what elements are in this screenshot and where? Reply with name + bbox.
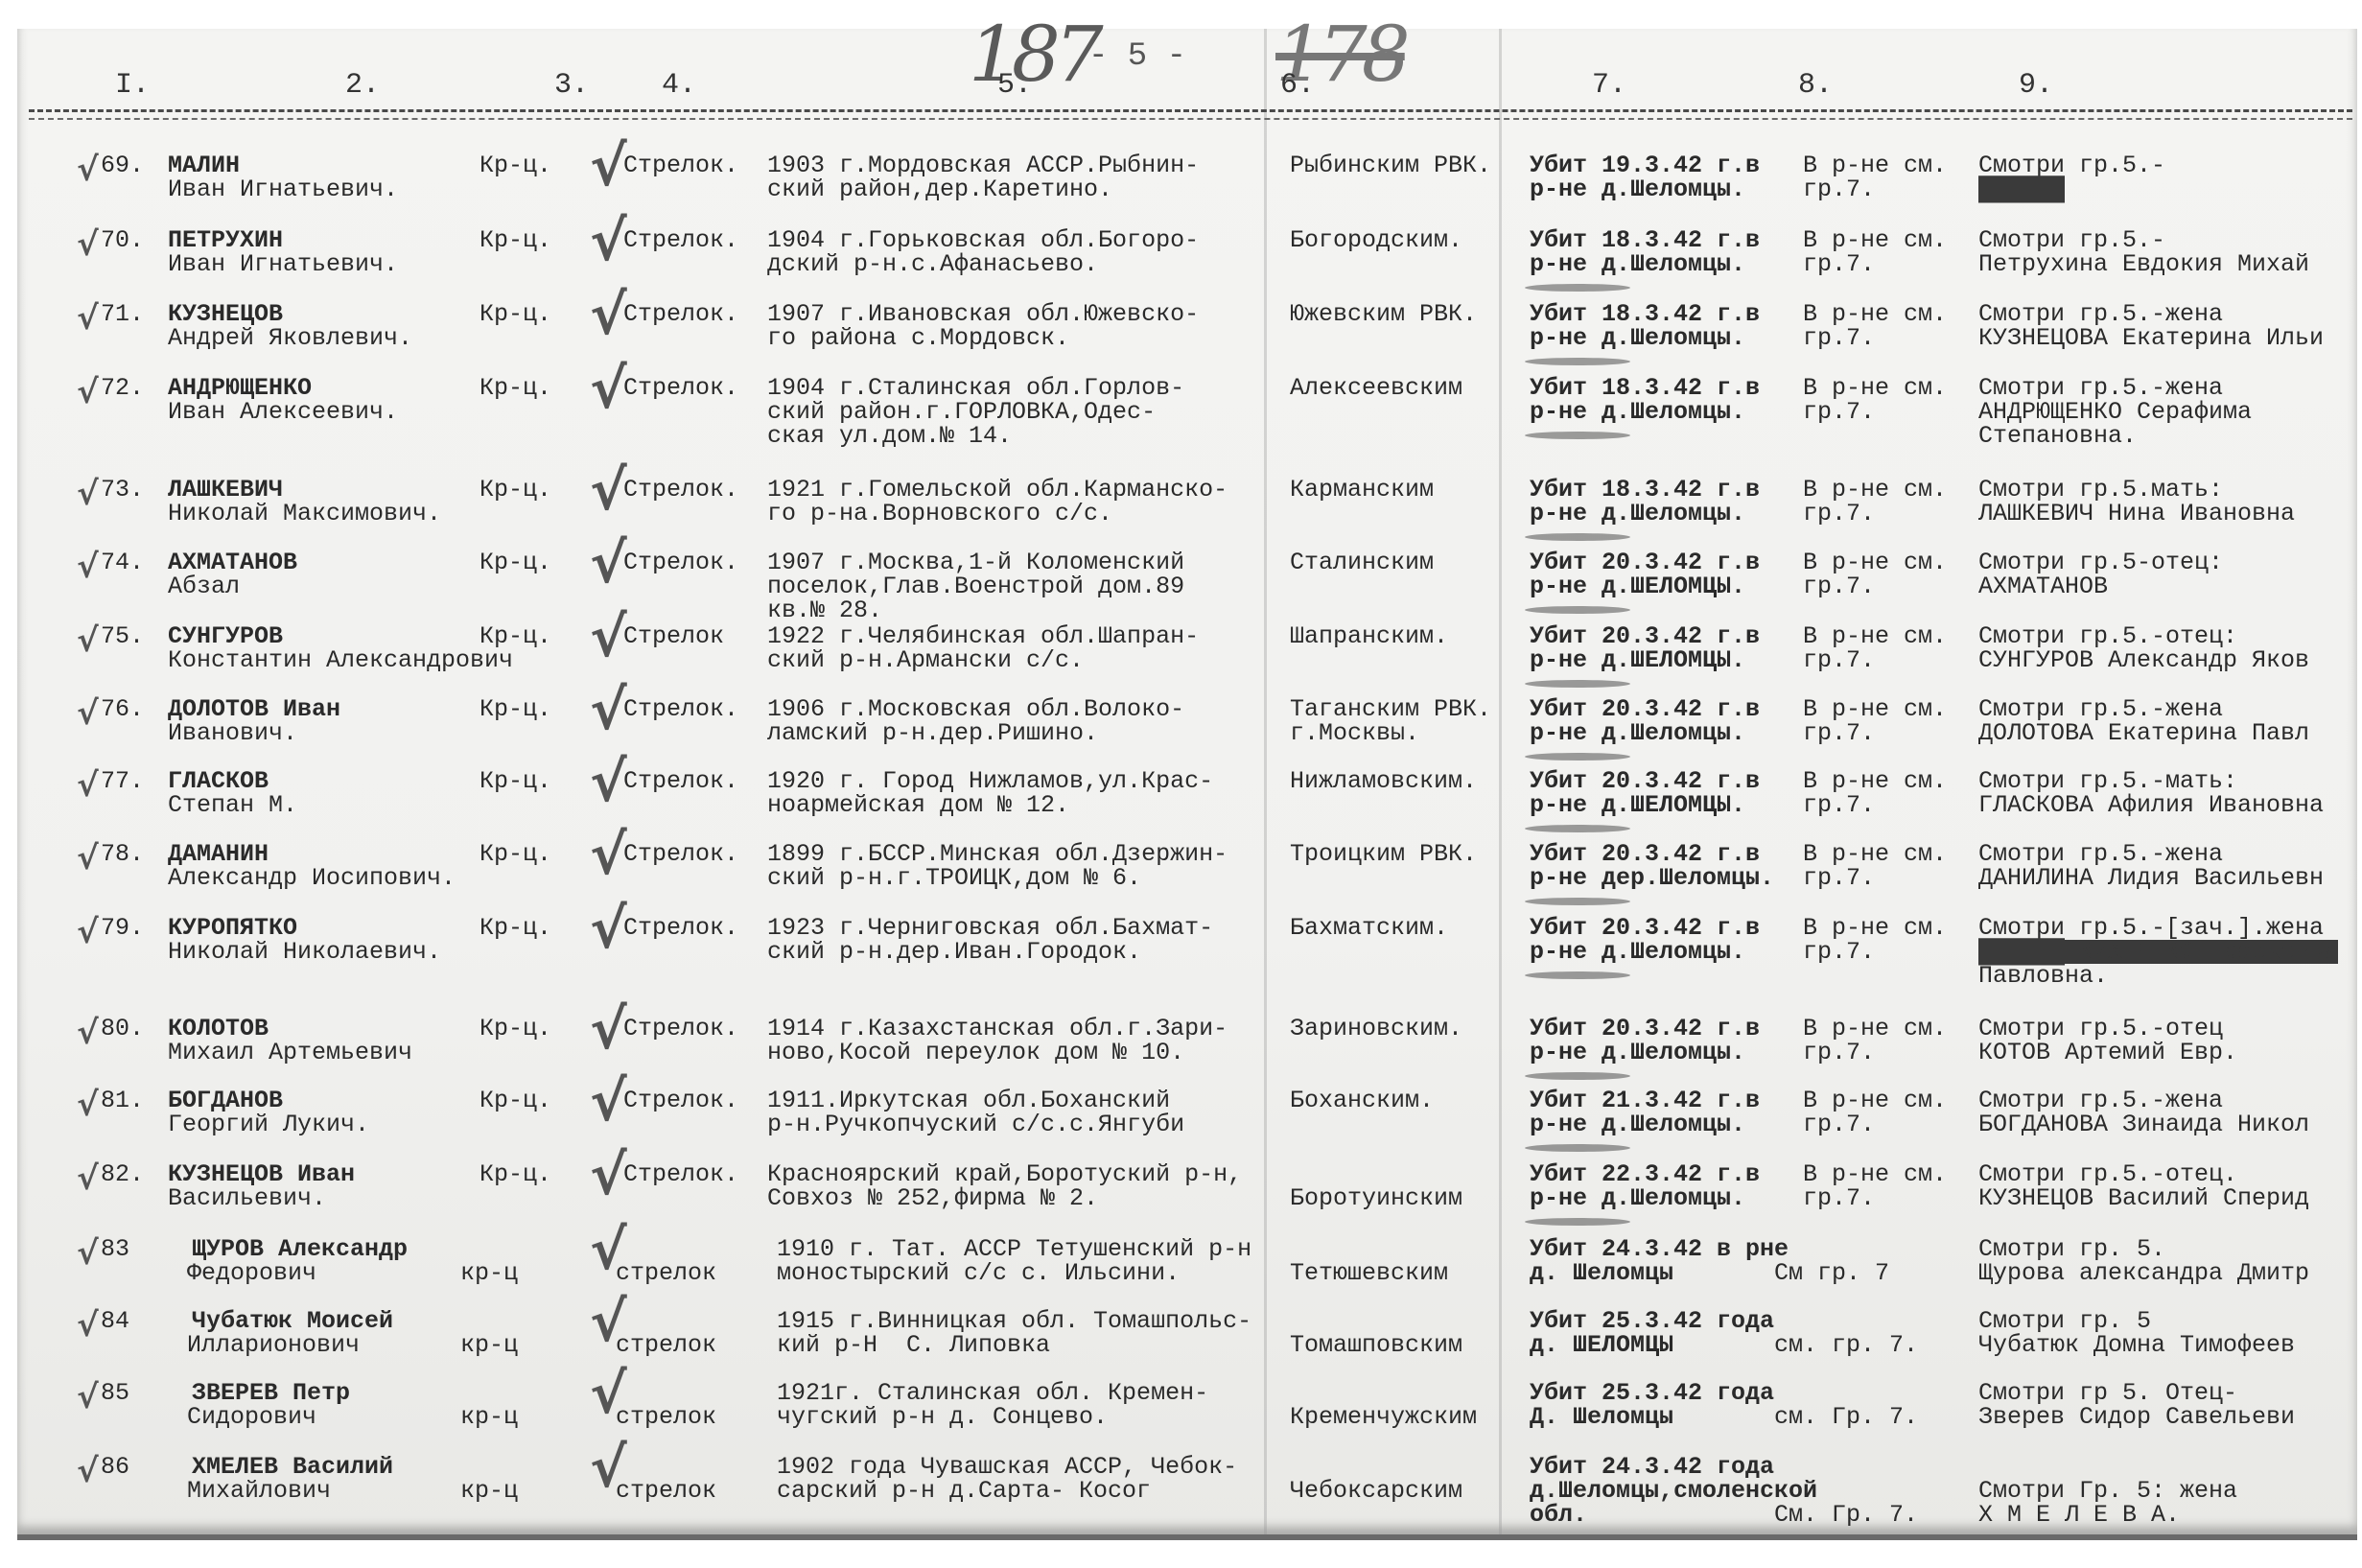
- birth-place: 1907 г.Ивановская обл.Южевско-: [767, 302, 1199, 326]
- draft-office: Бахматским.: [1290, 916, 1448, 940]
- birth-place: кв.№ 28.: [767, 598, 882, 622]
- checkmark-icon: √: [77, 228, 99, 261]
- checkmark-icon: √: [77, 1455, 99, 1487]
- draft-office: Кременчужским: [1290, 1405, 1477, 1429]
- checkmark-icon: √: [590, 213, 627, 269]
- checkmark-icon: √: [77, 697, 99, 730]
- relative-info: Смотри гр.5.-: [1978, 228, 2165, 252]
- fate: р-не д.Шеломцы.: [1530, 326, 1745, 350]
- birth-place: ский р-н.Армански с/с.: [767, 648, 1084, 672]
- rank: Кр-ц.: [479, 478, 551, 502]
- fate: р-не д.Шеломцы.: [1530, 400, 1745, 424]
- column-number-5: 5.: [997, 69, 1032, 102]
- row-number: 70.: [101, 228, 144, 252]
- relative-info: ██████: [1978, 177, 2065, 201]
- fate: р-не д.Шеломцы.: [1530, 502, 1745, 526]
- soldier-name: Федорович: [187, 1261, 316, 1285]
- rank: Кр-ц.: [479, 550, 551, 574]
- birth-place: сарский р-н д.Сарта- Косог: [777, 1479, 1151, 1503]
- row-number: 75.: [101, 624, 144, 648]
- row-number: 74.: [101, 550, 144, 574]
- birth-place: 1899 г.БССР.Минская обл.Дзержин-: [767, 842, 1228, 866]
- birth-place: ский р-н.г.ТРОИЦК,дом № 6.: [767, 866, 1141, 890]
- birth-place: го района с.Мордовск.: [767, 326, 1069, 350]
- row-number: 79.: [101, 916, 144, 940]
- relative-info: Смотри гр. 5.: [1978, 1237, 2165, 1261]
- relative-info: Щурова александра Дмитр: [1978, 1261, 2309, 1285]
- rank: кр-ц: [460, 1261, 518, 1285]
- burial-place: гр.7.: [1803, 1112, 1875, 1136]
- soldier-name: Георгий Лукич.: [168, 1112, 369, 1136]
- column-number-1: I.: [115, 69, 150, 102]
- birth-place: р-н.Ручкопчуский с/с.с.Янгуби: [767, 1112, 1184, 1136]
- burial-place: гр.7.: [1803, 866, 1875, 890]
- fate: р-не д.Шеломцы.: [1530, 1112, 1745, 1136]
- pencil-underline-mark: [1525, 1144, 1630, 1152]
- relative-info: Смотри гр.5.-[зач.].жена: [1978, 916, 2324, 940]
- fate: р-не д.ШЕЛОМЦЫ.: [1530, 574, 1745, 598]
- soldier-name: Николай Николаевич.: [168, 940, 441, 964]
- burial-place: гр.7.: [1803, 1041, 1875, 1065]
- column-number-6: 6.: [1280, 69, 1315, 102]
- row-number: 86: [101, 1455, 129, 1479]
- relative-info: Смотри гр.5.-жена: [1978, 842, 2223, 866]
- pencil-underline-mark: [1525, 533, 1630, 541]
- position: Стрелок.: [623, 550, 738, 574]
- handwritten-page-number: 187: [969, 10, 1098, 99]
- checkmark-icon: √: [77, 1237, 99, 1270]
- checkmark-icon: √: [77, 550, 99, 583]
- birth-place: 1904 г.Горьковская обл.Богоро-: [767, 228, 1199, 252]
- rank: Кр-ц.: [479, 228, 551, 252]
- rank: Кр-ц.: [479, 302, 551, 326]
- fate: д. ШЕЛОМЦЫ: [1530, 1333, 1673, 1357]
- header-rule: [29, 109, 2352, 120]
- checkmark-icon: √: [77, 478, 99, 510]
- soldier-name: Иванович.: [168, 721, 297, 745]
- birth-place: моностырский с/с с. Ильсини.: [777, 1261, 1180, 1285]
- draft-office: Зариновским.: [1290, 1017, 1462, 1041]
- checkmark-icon: √: [77, 1162, 99, 1195]
- soldier-surname: ЗВЕРЕВ Петр: [192, 1381, 350, 1405]
- burial-place: В р-не см.: [1803, 842, 1947, 866]
- soldier-surname: Чубатюк Моисей: [192, 1309, 393, 1333]
- position: Стрелок.: [623, 1088, 738, 1112]
- draft-office: Сталинским: [1290, 550, 1434, 574]
- column-number-4: 4.: [662, 69, 696, 102]
- row-number: 72.: [101, 376, 144, 400]
- position: Стрелок: [623, 624, 724, 648]
- fold-line: [1264, 29, 1267, 1534]
- column-number-2: 2.: [345, 69, 380, 102]
- draft-office: Южевским РВК.: [1290, 302, 1477, 326]
- birth-place: ский район,дер.Каретино.: [767, 177, 1112, 201]
- soldier-surname: ДАМАНИН: [168, 842, 269, 866]
- soldier-surname: ДОЛОТОВ Иван: [168, 697, 340, 721]
- position: Стрелок.: [623, 916, 738, 940]
- fate: р-не д.Шеломцы.: [1530, 252, 1745, 276]
- soldier-surname: ХМЕЛЕВ Василий: [192, 1455, 393, 1479]
- birth-place: ская ул.дом.№ 14.: [767, 424, 1012, 448]
- birth-place: ский р-н.дер.Иван.Городок.: [767, 940, 1141, 964]
- fate: Убит 20.3.42 г.в: [1530, 769, 1760, 793]
- fate: Убит 20.3.42 г.в: [1530, 842, 1760, 866]
- position: стрелок: [616, 1333, 716, 1357]
- soldier-surname: ЛАШКЕВИЧ: [168, 478, 283, 502]
- checkmark-icon: √: [590, 535, 627, 591]
- birth-place: 1921 г.Гомельской обл.Карманско-: [767, 478, 1228, 502]
- birth-place: поселок,Глав.Военстрой дом.89: [767, 574, 1184, 598]
- pencil-underline-mark: [1525, 753, 1630, 761]
- relative-info: ЛАШКЕВИЧ Нина Ивановна: [1978, 502, 2295, 526]
- fate: Убит 18.3.42 г.в: [1530, 376, 1760, 400]
- relative-info: БОГДАНОВА Зинаида Никол: [1978, 1112, 2309, 1136]
- birth-place: 1903 г.Мордовская АССР.Рыбнин-: [767, 153, 1199, 177]
- birth-place: ноармейская дом № 12.: [767, 793, 1069, 817]
- rank: кр-ц: [460, 1405, 518, 1429]
- soldier-name: Сидорович: [187, 1405, 316, 1429]
- relative-info: Степановна.: [1978, 424, 2137, 448]
- burial-place: В р-не см.: [1803, 376, 1947, 400]
- position: Стрелок.: [623, 376, 738, 400]
- rank: Кр-ц.: [479, 624, 551, 648]
- row-number: 73.: [101, 478, 144, 502]
- pencil-underline-mark: [1525, 825, 1630, 832]
- rank: Кр-ц.: [479, 769, 551, 793]
- rank: Кр-ц.: [479, 153, 551, 177]
- relative-info: Смотри гр.5.-отец:: [1978, 624, 2237, 648]
- burial-place: гр.7.: [1803, 326, 1875, 350]
- rank: Кр-ц.: [479, 1088, 551, 1112]
- birth-place: 1923 г.Черниговская обл.Бахмат-: [767, 916, 1213, 940]
- burial-place: гр.7.: [1803, 648, 1875, 672]
- fate: р-не дер.Шеломцы.: [1530, 866, 1774, 890]
- checkmark-icon: √: [77, 302, 99, 335]
- fate: р-не д.Шеломцы.: [1530, 1041, 1745, 1065]
- rank: Кр-ц.: [479, 1017, 551, 1041]
- soldier-name: Иван Алексеевич.: [168, 400, 398, 424]
- checkmark-icon: √: [590, 361, 627, 416]
- row-number: 84: [101, 1309, 129, 1333]
- fate: р-не д.ШЕЛОМЦЫ.: [1530, 793, 1745, 817]
- position: стрелок: [616, 1479, 716, 1503]
- relative-info: Смотри гр.5.-отец: [1978, 1017, 2223, 1041]
- page-marker: - 5 -: [1088, 38, 1186, 75]
- position: Стрелок.: [623, 1017, 738, 1041]
- soldier-surname: КУРОПЯТКО: [168, 916, 297, 940]
- birth-place: ский район.г.ГОРЛОВКА,Одес-: [767, 400, 1156, 424]
- fate: Д. Шеломцы: [1530, 1405, 1673, 1429]
- checkmark-icon: √: [77, 842, 99, 875]
- relative-info: Смотри гр.5.-мать:: [1978, 769, 2237, 793]
- burial-place: гр.7.: [1803, 252, 1875, 276]
- draft-office: г.Москвы.: [1290, 721, 1419, 745]
- soldier-name: Иван Игнатьевич.: [168, 177, 398, 201]
- fate: Убит 18.3.42 г.в: [1530, 302, 1760, 326]
- burial-place: гр.7.: [1803, 400, 1875, 424]
- fate: Убит 20.3.42 г.в: [1530, 1017, 1760, 1041]
- relative-info: Петрухина Евдокия Михай: [1978, 252, 2309, 276]
- draft-office: Нижламовским.: [1290, 769, 1477, 793]
- fate: Убит 18.3.42 г.в: [1530, 478, 1760, 502]
- burial-place: см. Гр. 7.: [1774, 1405, 1918, 1429]
- row-number: 83: [101, 1237, 129, 1261]
- column-number-7: 7.: [1592, 69, 1626, 102]
- fate: р-не д.Шеломцы.: [1530, 940, 1745, 964]
- relative-info: Смотри гр. 5: [1978, 1309, 2151, 1333]
- checkmark-icon: √: [77, 769, 99, 802]
- row-number: 80.: [101, 1017, 144, 1041]
- fate: Убит 22.3.42 г.в: [1530, 1162, 1760, 1186]
- birth-place: 1922 г.Челябинская обл.Шапран-: [767, 624, 1199, 648]
- position: стрелок: [616, 1405, 716, 1429]
- fate: Убит 20.3.42 г.в: [1530, 624, 1760, 648]
- draft-office: Тетюшевским: [1290, 1261, 1448, 1285]
- birth-place: 1902 года Чувашская АССР, Чебок-: [777, 1455, 1237, 1479]
- rank: кр-ц: [460, 1479, 518, 1503]
- draft-office: Шапранским.: [1290, 624, 1448, 648]
- relative-info: КУЗНЕЦОВ Василий Сперид: [1978, 1186, 2309, 1210]
- draft-office: Богородским.: [1290, 228, 1462, 252]
- checkmark-icon: √: [590, 754, 627, 809]
- birth-place: 1910 г. Тат. АССР Тетушенский р-н: [777, 1237, 1251, 1261]
- relative-info: ГЛАСКОВА Афилия Ивановна: [1978, 793, 2324, 817]
- row-number: 78.: [101, 842, 144, 866]
- fate: Убит 24.3.42 года: [1530, 1455, 1774, 1479]
- birth-place: 1907 г.Москва,1-й Коломенский: [767, 550, 1184, 574]
- pencil-underline-mark: [1525, 606, 1630, 614]
- fate: Убит 18.3.42 г.в: [1530, 228, 1760, 252]
- soldier-name: Илларионович: [187, 1333, 360, 1357]
- row-number: 81.: [101, 1088, 144, 1112]
- soldier-surname: БОГДАНОВ: [168, 1088, 283, 1112]
- draft-office: Алексеевским: [1290, 376, 1462, 400]
- pencil-underline-mark: [1525, 358, 1630, 365]
- checkmark-icon: √: [590, 138, 627, 194]
- relative-info: КУЗНЕЦОВА Екатерина Ильи: [1978, 326, 2324, 350]
- rank: Кр-ц.: [479, 1162, 551, 1186]
- relative-info: Смотри гр.5.-жена: [1978, 302, 2223, 326]
- soldier-surname: КУЗНЕЦОВ: [168, 302, 283, 326]
- burial-place: В р-не см.: [1803, 916, 1947, 940]
- checkmark-icon: √: [590, 1001, 627, 1057]
- relative-info: Смотри гр.5.мать:: [1978, 478, 2223, 502]
- burial-place: гр.7.: [1803, 177, 1875, 201]
- soldier-surname: АХМАТАНОВ: [168, 550, 297, 574]
- draft-office: Рыбинским РВК.: [1290, 153, 1491, 177]
- burial-place: гр.7.: [1803, 793, 1875, 817]
- soldier-surname: КУЗНЕЦОВ Иван: [168, 1162, 355, 1186]
- birth-place: 1911.Иркутская обл.Боханский: [767, 1088, 1170, 1112]
- soldier-surname: СУНГУРОВ: [168, 624, 283, 648]
- draft-office: Таганским РВК.: [1290, 697, 1491, 721]
- relative-info: Зверев Сидор Савельеви: [1978, 1405, 2295, 1429]
- burial-place: См гр. 7: [1774, 1261, 1889, 1285]
- draft-office: Томашповским: [1290, 1333, 1462, 1357]
- draft-office: Боханским.: [1290, 1088, 1434, 1112]
- column-number-8: 8.: [1798, 69, 1833, 102]
- birth-place: 1920 г. Город Нижламов,ул.Крас-: [767, 769, 1213, 793]
- relative-info: СУНГУРОВ Александр Яков: [1978, 648, 2309, 672]
- relative-info: Смотри гр.5.-жена: [1978, 376, 2223, 400]
- fate: р-не д.Шеломцы.: [1530, 721, 1745, 745]
- relative-info: Смотри гр.5.-отец.: [1978, 1162, 2237, 1186]
- burial-place: В р-не см.: [1803, 550, 1947, 574]
- soldier-name: Михайлович: [187, 1479, 331, 1503]
- checkmark-icon: √: [590, 827, 627, 882]
- relative-info: ██████ КИХТЕНКО Прасковья: [1978, 940, 2338, 964]
- checkmark-icon: √: [77, 916, 99, 948]
- burial-place: гр.7.: [1803, 574, 1875, 598]
- fate: Убит 25.3.42 года: [1530, 1309, 1774, 1333]
- draft-office: Троицким РВК.: [1290, 842, 1477, 866]
- position: Стрелок.: [623, 228, 738, 252]
- pencil-underline-mark: [1525, 898, 1630, 905]
- burial-place: В р-не см.: [1803, 153, 1947, 177]
- soldier-name: Михаил Артемьевич: [168, 1041, 412, 1065]
- column-number-9: 9.: [2019, 69, 2053, 102]
- burial-place: В р-не см.: [1803, 697, 1947, 721]
- rank: Кр-ц.: [479, 916, 551, 940]
- fate: д. Шеломцы: [1530, 1261, 1673, 1285]
- checkmark-icon: √: [590, 1073, 627, 1129]
- birth-place: дский р-н.с.Афанасьево.: [767, 252, 1098, 276]
- row-number: 71.: [101, 302, 144, 326]
- soldier-name: Васильевич.: [168, 1186, 326, 1210]
- birth-place: Красноярский край,Боротуский р-н,: [767, 1162, 1242, 1186]
- position: Стрелок.: [623, 153, 738, 177]
- birth-place: 1914 г.Казахстанская обл.г.Зари-: [767, 1017, 1228, 1041]
- pencil-underline-mark: [1525, 1072, 1630, 1080]
- checkmark-icon: √: [77, 1309, 99, 1342]
- fold-line: [1499, 29, 1502, 1534]
- burial-place: В р-не см.: [1803, 1162, 1947, 1186]
- soldier-surname: ГЛАСКОВ: [168, 769, 269, 793]
- draft-office: Карманским: [1290, 478, 1434, 502]
- checkmark-icon: √: [77, 1017, 99, 1049]
- position: стрелок: [616, 1261, 716, 1285]
- fate: д.Шеломцы,смоленской: [1530, 1479, 1817, 1503]
- row-number: 77.: [101, 769, 144, 793]
- burial-place: гр.7.: [1803, 940, 1875, 964]
- position: Стрелок.: [623, 769, 738, 793]
- checkmark-icon: √: [590, 1147, 627, 1203]
- position: Стрелок.: [623, 478, 738, 502]
- row-number: 82.: [101, 1162, 144, 1186]
- pencil-underline-mark: [1525, 1218, 1630, 1226]
- pencil-underline-mark: [1525, 680, 1630, 688]
- rank: Кр-ц.: [479, 376, 551, 400]
- row-number: 69.: [101, 153, 144, 177]
- birth-place: ново,Косой переулок дом № 10.: [767, 1041, 1184, 1065]
- burial-place: См. Гр. 7.: [1774, 1503, 1918, 1527]
- column-number-3: 3.: [554, 69, 589, 102]
- relative-info: Смотри гр.5-отец:: [1978, 550, 2223, 574]
- relative-info: Чубатюк Домна Тимофеев: [1978, 1333, 2295, 1357]
- burial-place: В р-не см.: [1803, 302, 1947, 326]
- burial-place: В р-не см.: [1803, 769, 1947, 793]
- relative-info: Смотри гр.5.-жена: [1978, 1088, 2223, 1112]
- fate: Убит 25.3.42 года: [1530, 1381, 1774, 1405]
- checkmark-icon: √: [590, 682, 627, 737]
- fate: Убит 19.3.42 г.в: [1530, 153, 1760, 177]
- checkmark-icon: √: [77, 376, 99, 409]
- burial-place: гр.7.: [1803, 721, 1875, 745]
- birth-place: ламский р-н.дер.Ришино.: [767, 721, 1098, 745]
- checkmark-icon: √: [590, 609, 627, 665]
- birth-place: 1921г. Сталинская обл. Кремен-: [777, 1381, 1208, 1405]
- relative-info: Смотри гр 5. Отец-: [1978, 1381, 2237, 1405]
- position: Стрелок.: [623, 697, 738, 721]
- soldier-name: Николай Максимович.: [168, 502, 441, 526]
- checkmark-icon: √: [77, 1381, 99, 1414]
- rank: Кр-ц.: [479, 697, 551, 721]
- burial-place: В р-не см.: [1803, 1088, 1947, 1112]
- burial-place: см. гр. 7.: [1774, 1333, 1918, 1357]
- soldier-surname: ПЕТРУХИН: [168, 228, 283, 252]
- draft-office: Чебоксарским: [1290, 1479, 1462, 1503]
- soldier-name: Абзал: [168, 574, 240, 598]
- checkmark-icon: √: [77, 624, 99, 657]
- fate: обл.: [1530, 1503, 1587, 1527]
- position: Стрелок.: [623, 1162, 738, 1186]
- position: Стрелок.: [623, 842, 738, 866]
- checkmark-icon: √: [590, 287, 627, 342]
- birth-place: 1915 г.Винницкая обл. Томашпольс-: [777, 1309, 1251, 1333]
- fate: р-не д.ШЕЛОМЦЫ.: [1530, 648, 1745, 672]
- relative-info: АХМАТАНОВ: [1978, 574, 2108, 598]
- burial-place: В р-не см.: [1803, 478, 1947, 502]
- fate: Убит 21.3.42 г.в: [1530, 1088, 1760, 1112]
- checkmark-icon: √: [77, 1088, 99, 1121]
- fate: Убит 20.3.42 г.в: [1530, 916, 1760, 940]
- birth-place: 1904 г.Сталинская обл.Горлов-: [767, 376, 1184, 400]
- relative-info: Павловна.: [1978, 964, 2108, 988]
- rank: кр-ц: [460, 1333, 518, 1357]
- fate: р-не д.Шеломцы.: [1530, 1186, 1745, 1210]
- birth-place: го р-на.Ворновского с/с.: [767, 502, 1112, 526]
- birth-place: Совхоз № 252,фирма № 2.: [767, 1186, 1098, 1210]
- burial-place: В р-не см.: [1803, 228, 1947, 252]
- fate: Убит 20.3.42 г.в: [1530, 697, 1760, 721]
- relative-info: КОТОВ Артемий Евр.: [1978, 1041, 2237, 1065]
- pencil-underline-mark: [1525, 284, 1630, 292]
- pencil-underline-mark: [1525, 432, 1630, 439]
- soldier-name: Константин Александрович: [168, 648, 513, 672]
- soldier-name: Иван Игнатьевич.: [168, 252, 398, 276]
- birth-place: 1906 г.Московская обл.Волоко-: [767, 697, 1184, 721]
- relative-info: Смотри гр.5.-жена: [1978, 697, 2223, 721]
- burial-place: В р-не см.: [1803, 1017, 1947, 1041]
- relative-info: Смотри гр.5.-: [1978, 153, 2165, 177]
- burial-place: В р-не см.: [1803, 624, 1947, 648]
- birth-place: чугский р-н д. Сонцево.: [777, 1405, 1108, 1429]
- checkmark-icon: √: [590, 462, 627, 518]
- checkmark-icon: √: [77, 153, 99, 186]
- soldier-surname: ЩУРОВ Александр: [192, 1237, 408, 1261]
- fate: Убит 20.3.42 г.в: [1530, 550, 1760, 574]
- soldier-surname: АНДРЮЩЕНКО: [168, 376, 312, 400]
- relative-info: АНДРЮЩЕНКО Серафима: [1978, 400, 2252, 424]
- relative-info: ДОЛОТОВА Екатерина Павл: [1978, 721, 2309, 745]
- checkmark-icon: √: [590, 901, 627, 956]
- draft-office: Боротуинским: [1290, 1186, 1462, 1210]
- row-number: 76.: [101, 697, 144, 721]
- soldier-name: Александр Иосипович.: [168, 866, 456, 890]
- relative-info: ДАНИЛИНА Лидия Васильевн: [1978, 866, 2324, 890]
- soldier-surname: МАЛИН: [168, 153, 240, 177]
- soldier-name: Андрей Яковлевич.: [168, 326, 412, 350]
